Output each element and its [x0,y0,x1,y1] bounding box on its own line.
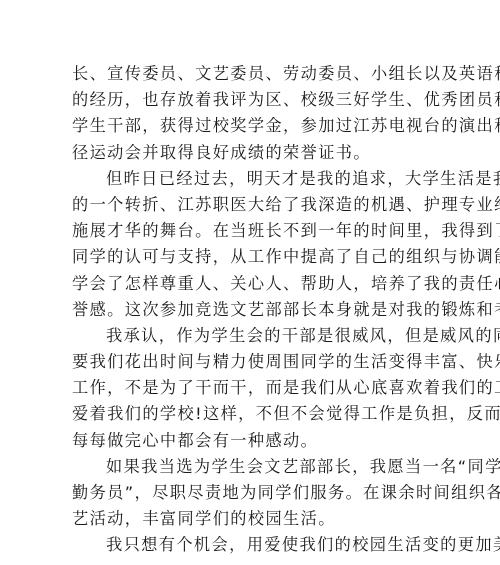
text-line: 的经历，也存放着我评为区、校级三好学生、优秀团员和优秀 [72,87,430,113]
document-page: 长、宣传委员、文艺委员、劳动委员、小组长以及英语科代表 的经历，也存放着我评为区… [72,61,430,559]
text-line: 学会了怎样尊重人、关心人、帮助人，培养了我的责任心与荣 [72,271,430,297]
text-line: 工作，不是为了干而干，而是我们从心底喜欢着我们的工作， [72,375,430,401]
text-line: 誉感。这次参加竞选文艺部部长本身就是对我的锻炼和考验。 [72,297,430,323]
text-line: 要我们花出时间与精力使周围同学的生活变得丰富、快乐。做 [72,349,430,375]
text-line: 同学的认可与支持，从工作中提高了自己的组织与协调能力， [72,244,430,270]
text-line: 长、宣传委员、文艺委员、劳动委员、小组长以及英语科代表 [72,61,430,87]
text-line: 爱着我们的学校!这样，不但不会觉得工作是负担，反而感到 [72,401,430,427]
text-line: 学生干部，获得过校奖学金，参加过江苏电视台的演出和区田 [72,113,430,139]
text-line: 每每做完心中都会有一种感动。 [72,428,430,454]
paragraph-start-line: 我承认，作为学生会的干部是很威风，但是威风的同时需 [72,323,430,349]
text-line: 的一个转折、江苏职医大给了我深造的机遇、护理专业给了我 [72,192,430,218]
text-line: 径运动会并取得良好成绩的荣誉证书。 [72,140,430,166]
paragraph-start-line: 我只想有个机会，用爱使我们的校园生活变的更加美好， [72,532,430,558]
text-line: 勤务员”，尽职尽责地为同学们服务。在课余时间组织各类文 [72,480,430,506]
text-line: 艺活动，丰富同学们的校园生活。 [72,506,430,532]
paragraph-start-line: 但昨日已经过去，明天才是我的追求，大学生活是我人生 [72,166,430,192]
paragraph-start-line: 如果我当选为学生会文艺部部长，我愿当一名“同学们的 [72,454,430,480]
text-line: 施展才华的舞台。在当班长不到一年的时间里，我得到了广大 [72,218,430,244]
